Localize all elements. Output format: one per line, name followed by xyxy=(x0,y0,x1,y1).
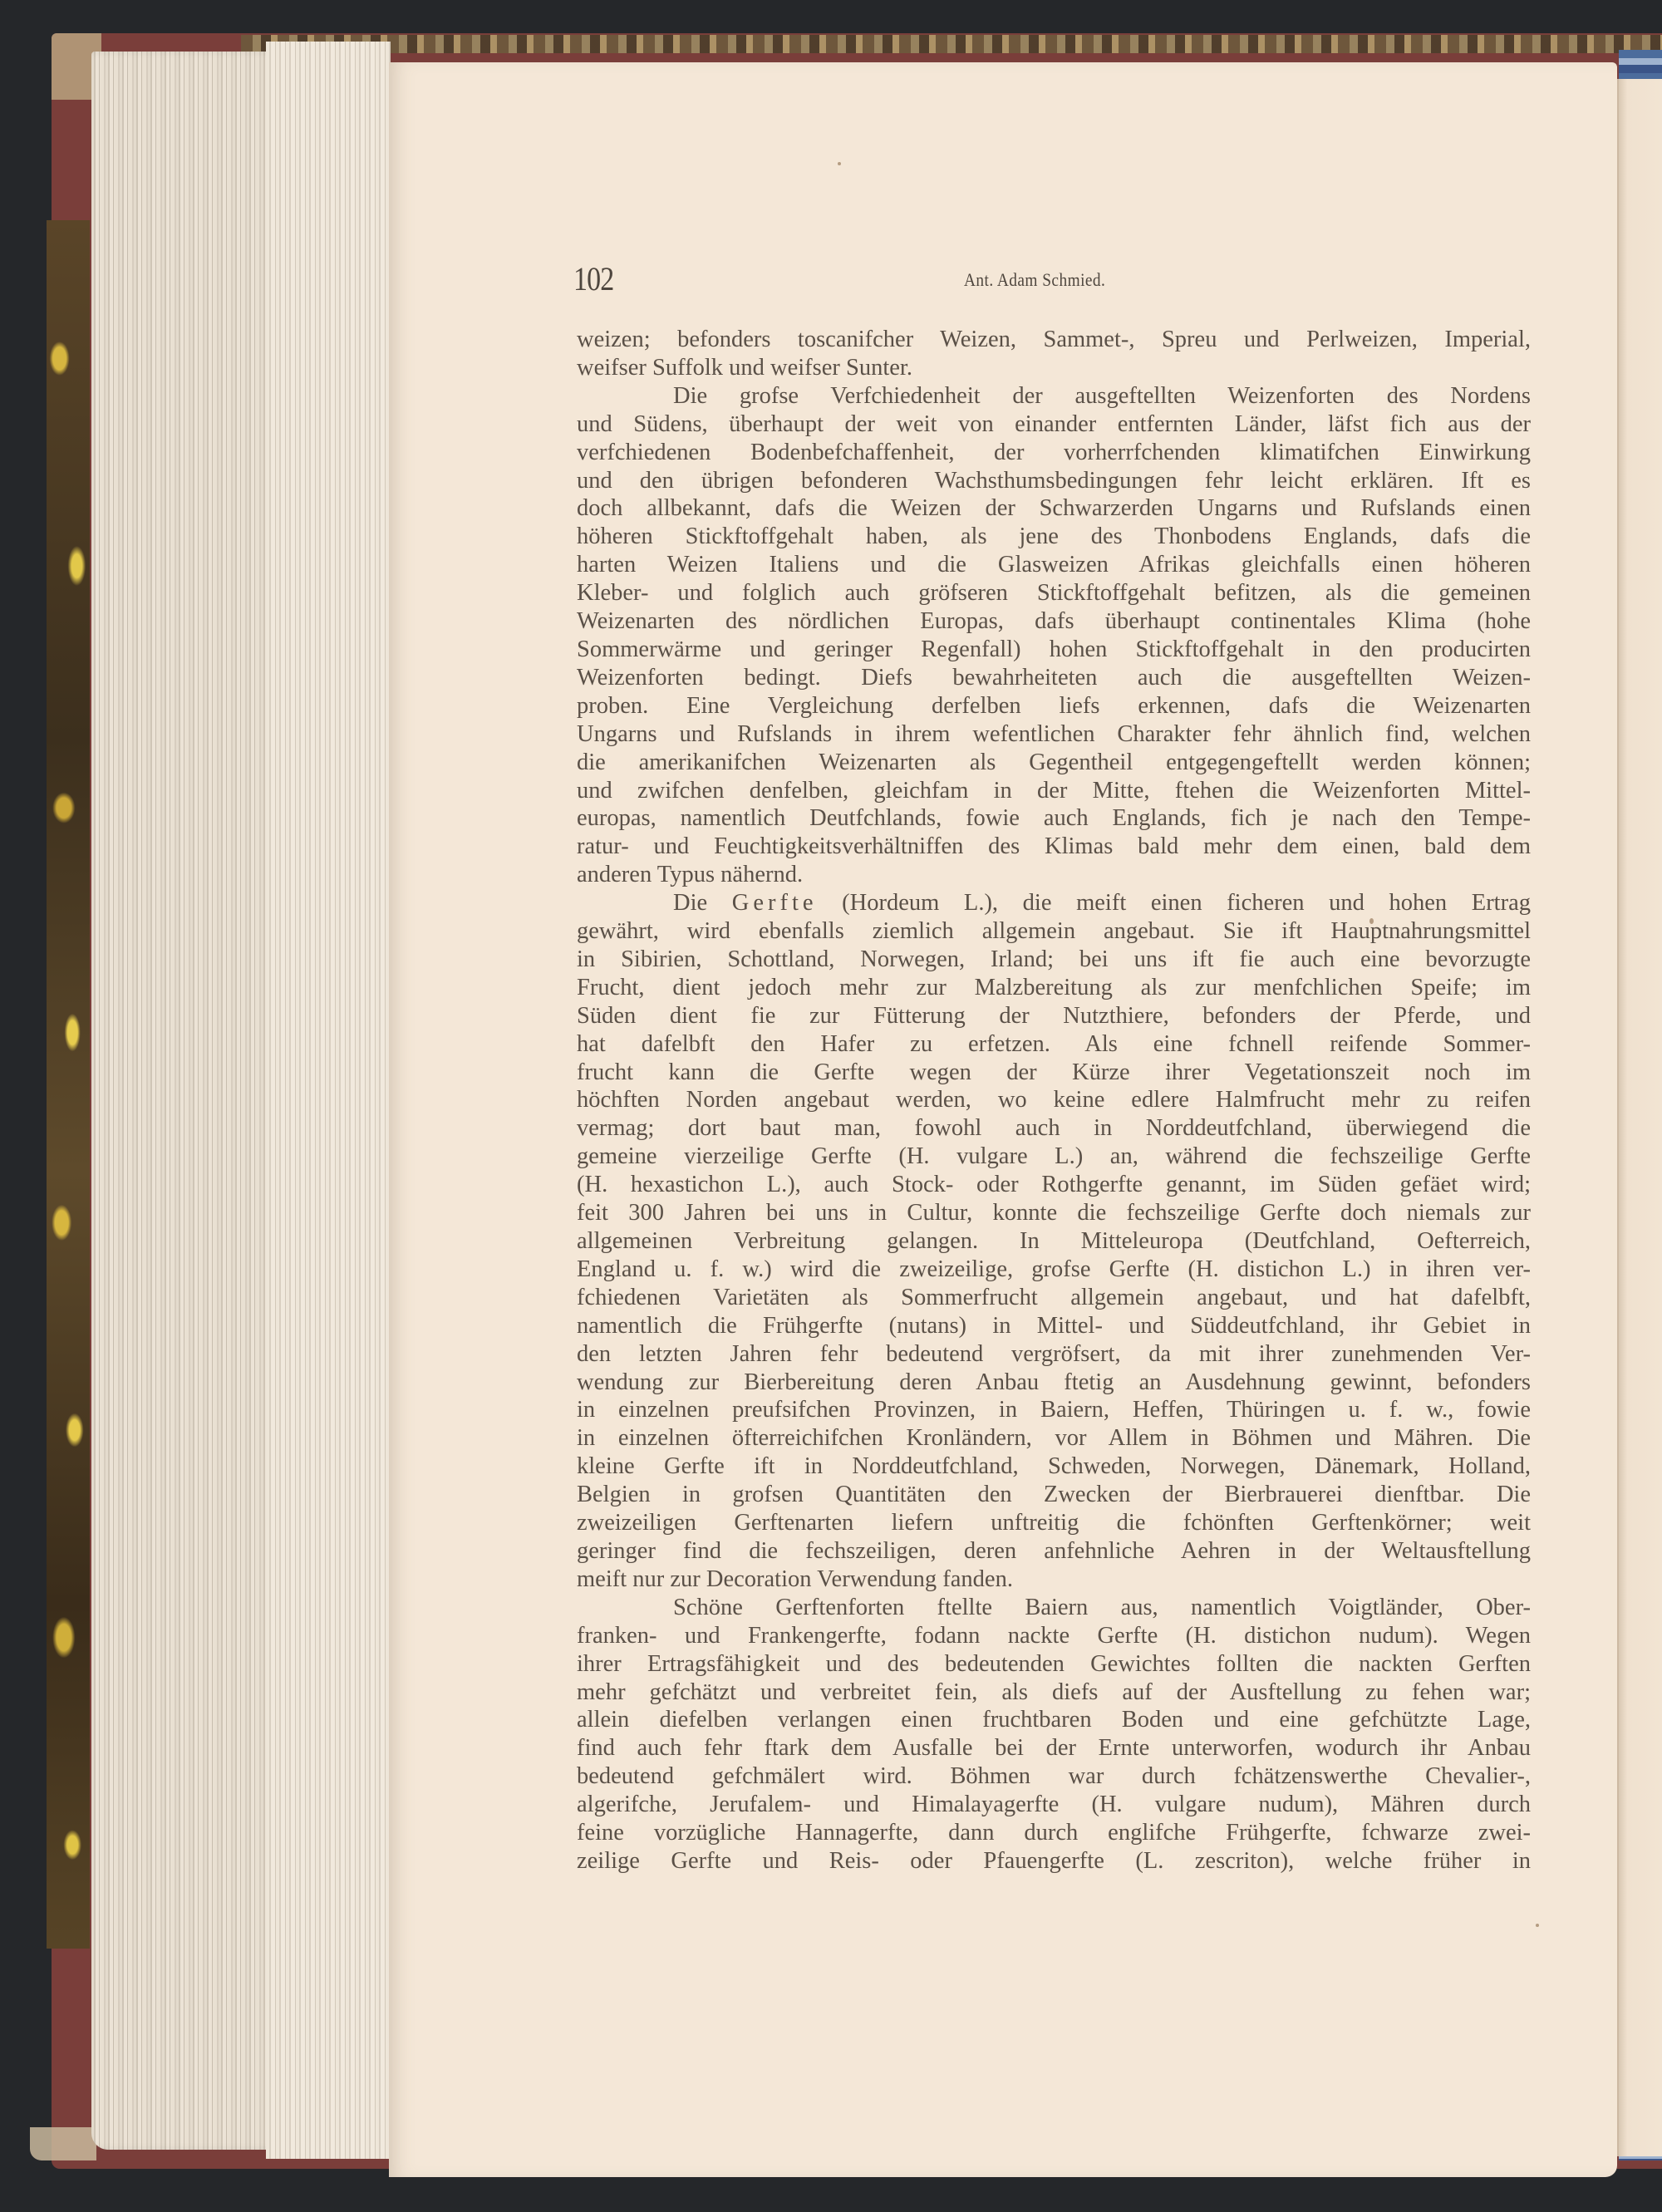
text-line: Ungarns und Rufslands in ihrem wefentlic… xyxy=(577,720,1531,749)
text-line: Schöne Gerftenforten ftellte Baiern aus,… xyxy=(577,1594,1531,1622)
text-line: allein diefelben verlangen einen fruchtb… xyxy=(577,1706,1531,1734)
text-line: algerifche, Jerufalem- und Himalayagerft… xyxy=(577,1791,1531,1819)
text-line: fchiedenen Varietäten als Sommerfrucht a… xyxy=(577,1284,1531,1312)
text-line: doch allbekannt, dafs die Weizen der Sch… xyxy=(577,494,1531,523)
text-line: Belgien in grofsen Quantitäten den Zweck… xyxy=(577,1481,1531,1509)
text-line: und den übrigen befonderen Wachsthumsbed… xyxy=(577,467,1531,495)
text-line: anderen Typus nähernd. xyxy=(577,861,1531,889)
paragraph: weizen; befonders toscanifcher Weizen, S… xyxy=(577,326,1531,382)
text-line: Weizenforten bedingt. Diefs bewahrheitet… xyxy=(577,664,1531,692)
text-line: hat dafelbft den Hafer zu erfetzen. Als … xyxy=(577,1030,1531,1059)
text-line: höchften Norden angebaut werden, wo kein… xyxy=(577,1086,1531,1114)
text-line: geringer find die fechszeiligen, deren a… xyxy=(577,1537,1531,1566)
running-head: 102 Ant. Adam Schmied. xyxy=(573,259,1537,301)
text-line: in einzelnen preufsifchen Provinzen, in … xyxy=(577,1396,1531,1424)
text-line: ratur- und Feuchtigkeitsverhältniffen de… xyxy=(577,833,1531,861)
paragraph: Die Gerfte (Hordeum L.), die meift einen… xyxy=(577,889,1531,1594)
text-line: meift nur zur Decoration Verwendung fand… xyxy=(577,1566,1531,1594)
text-line: zeilige Gerfte und Reis- oder Pfauengerf… xyxy=(577,1847,1531,1875)
next-page-edge xyxy=(1617,79,1662,2156)
paragraph: Die grofse Verfchiedenheit der ausgeftel… xyxy=(577,382,1531,889)
text-line: die amerikanifchen Weizenarten als Gegen… xyxy=(577,749,1531,777)
text-line: proben. Eine Vergleichung derfelben lief… xyxy=(577,692,1531,720)
text-line: Sommerwärme und geringer Regenfall) hohe… xyxy=(577,636,1531,664)
text-line: vermag; dort baut man, fowohl auch in No… xyxy=(577,1114,1531,1143)
ink-speck xyxy=(838,162,841,165)
text-line: Frucht, dient jedoch mehr zur Malzbereit… xyxy=(577,974,1531,1002)
text-line: wendung zur Bierbereitung deren Anbau ft… xyxy=(577,1369,1531,1397)
text-line: frucht kann die Gerfte wegen der Kürze i… xyxy=(577,1059,1531,1087)
text-line: zweizeiligen Gerftenarten liefern unftre… xyxy=(577,1509,1531,1537)
text-line: den letzten Jahren fehr bedeutend vergrö… xyxy=(577,1340,1531,1369)
text-line: England u. f. w.) wird die zweizeilige, … xyxy=(577,1256,1531,1284)
text-line: feine vorzügliche Hannagerfte, dann durc… xyxy=(577,1819,1531,1847)
text-line: und Südens, überhaupt der weit von einan… xyxy=(577,410,1531,439)
page-number: 102 xyxy=(573,259,613,298)
text-line: weizen; befonders toscanifcher Weizen, S… xyxy=(577,326,1531,354)
text-line: find auch fehr ftark dem Ausfalle bei de… xyxy=(577,1734,1531,1762)
cover-corner-bottom xyxy=(30,2127,96,2160)
text-line: namentlich die Frühgerfte (nutans) in Mi… xyxy=(577,1312,1531,1340)
text-line: allgemeinen Verbreitung gelangen. In Mit… xyxy=(577,1227,1531,1256)
text-line: und zwifchen denfelben, gleichfam in der… xyxy=(577,777,1531,805)
text-line: ihrer Ertragsfähigkeit und des bedeutend… xyxy=(577,1650,1531,1679)
text-line: mehr gefchätzt und verbreitet fein, als … xyxy=(577,1679,1531,1707)
text-line: in einzelnen öfterreichifchen Kronländer… xyxy=(577,1424,1531,1453)
text-line: Kleber- und folglich auch gröfseren Stic… xyxy=(577,579,1531,607)
text-line: bedeutend gefchmälert wird. Böhmen war d… xyxy=(577,1762,1531,1791)
text-line: in Sibirien, Schottland, Norwegen, Irlan… xyxy=(577,946,1531,974)
text-line: feit 300 Jahren bei uns in Cultur, konnt… xyxy=(577,1199,1531,1227)
ink-speck xyxy=(1536,1924,1539,1927)
text-line: weifser Suffolk und weifser Sunter. xyxy=(577,354,1531,382)
text-line: Die grofse Verfchiedenheit der ausgeftel… xyxy=(577,382,1531,410)
text-line: verfchiedenen Bodenbefchaffenheit, der v… xyxy=(577,439,1531,467)
text-line: kleine Gerfte ift in Norddeutfchland, Sc… xyxy=(577,1453,1531,1481)
text-line: höheren Stickftoffgehalt haben, als jene… xyxy=(577,523,1531,551)
marbled-board xyxy=(47,220,90,1949)
text-line: gemeine vierzeilige Gerfte (H. vulgare L… xyxy=(577,1143,1531,1171)
top-marbled-edge xyxy=(241,35,1662,53)
text-line: gewährt, wird ebenfalls ziemlich allgeme… xyxy=(577,917,1531,946)
text-line: europas, namentlich Deutfchlands, fowie … xyxy=(577,804,1531,833)
text-line: Die Gerfte (Hordeum L.), die meift einen… xyxy=(577,889,1531,917)
text-line: franken- und Frankengerfte, fodann nackt… xyxy=(577,1622,1531,1650)
body-text: weizen; befonders toscanifcher Weizen, S… xyxy=(577,326,1531,1875)
stacked-page-edges-inner xyxy=(266,42,391,2159)
spaced-term: Gerfte xyxy=(732,890,818,916)
text-line: harten Weizen Italiens und die Glasweize… xyxy=(577,551,1531,579)
paragraph: Schöne Gerftenforten ftellte Baiern aus,… xyxy=(577,1594,1531,1875)
text-line: Süden dient fie zur Fütterung der Nutzth… xyxy=(577,1002,1531,1030)
text-line: Weizenarten des nördlichen Europas, dafs… xyxy=(577,607,1531,636)
running-head-author: Ant. Adam Schmied. xyxy=(964,269,1105,291)
text-line: (H. hexastichon L.), auch Stock- oder Ro… xyxy=(577,1171,1531,1199)
